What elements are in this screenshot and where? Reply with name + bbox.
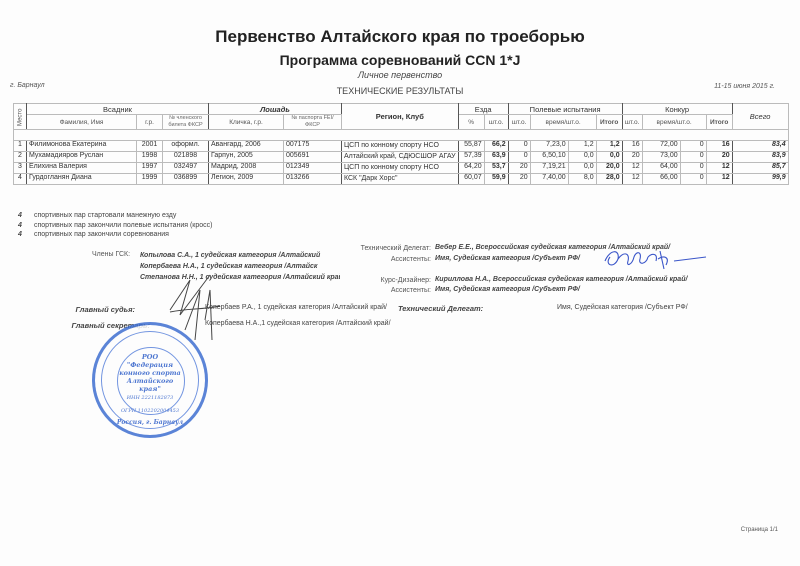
cell-jump-pen: 16	[622, 141, 642, 152]
stat-count: 4	[18, 230, 34, 240]
cell-year: 1999	[137, 174, 163, 185]
stat-item: 4спортивных пар закончили полевые испыта…	[18, 221, 213, 231]
cell-jump-total: 20	[706, 152, 732, 163]
cell-name: Мухамадияров Руслан	[27, 152, 137, 163]
cell-horse: Мадрид, 2008	[209, 163, 284, 174]
tech-delegate-2: Имя, Судейская категория /Субъект РФ/	[557, 304, 688, 311]
cell-jump-time-pen: 0	[680, 174, 706, 185]
cell-dressage-pct: 64,20	[458, 163, 484, 174]
cell-passport: 013266	[284, 174, 342, 185]
header-horse-name: Кличка, г.р.	[209, 115, 284, 130]
stat-item: 4спортивных пар закончили соревнования	[18, 230, 213, 240]
cell-dressage-pen: 59,9	[484, 174, 508, 185]
assistants-label-2: Ассистенты:	[346, 287, 431, 294]
table-header: Место Всадник Лошадь Регион, Клуб Езда П…	[14, 104, 789, 130]
header-jump-total: Итого	[706, 115, 732, 130]
stamp-ogrn: ОГРН 1102202004453	[95, 407, 205, 415]
cell-jump-time-pen: 0	[680, 141, 706, 152]
stamp-line: РОО	[95, 353, 205, 361]
cell-cross-time-pen: 0,0	[568, 152, 596, 163]
table-body: 1Филимонова Екатерина2001оформл.Авангард…	[14, 130, 789, 185]
cell-year: 1998	[137, 152, 163, 163]
cell-place: 1	[14, 141, 27, 152]
cell-cross-total: 28,0	[596, 174, 622, 185]
cell-cross-pen: 20	[508, 163, 530, 174]
cell-jump-time: 73,00	[642, 152, 680, 163]
cell-jump-pen: 20	[622, 152, 642, 163]
chief-judge-signature	[150, 270, 270, 350]
cell-total: 83,4	[732, 141, 788, 152]
cell-cross-time-pen: 1,2	[568, 141, 596, 152]
cell-dressage-pct: 60,07	[458, 174, 484, 185]
table-row: 3Елихина Валерия1997032497Мадрид, 200801…	[14, 163, 789, 174]
gsk-label: Члены ГСК:	[92, 251, 130, 258]
cell-year: 1997	[137, 163, 163, 174]
cell-cross-time: 7,23,0	[530, 141, 568, 152]
cell-jump-total: 12	[706, 163, 732, 174]
cell-region: КСК "Дарк Хорс"	[342, 174, 459, 185]
assistants-2: Имя, Судейская категория /Субъект РФ/	[435, 286, 580, 293]
header-dressage: Езда	[458, 104, 508, 115]
cell-cross-pen: 0	[508, 141, 530, 152]
cell-name: Елихина Валерия	[27, 163, 137, 174]
cell-horse: Авангард, 2006	[209, 141, 284, 152]
cell-dressage-pct: 55,87	[458, 141, 484, 152]
cell-cross-total: 20,0	[596, 163, 622, 174]
assistants-label: Ассистенты:	[346, 256, 431, 263]
stat-count: 4	[18, 221, 34, 231]
header-region: Регион, Клуб	[342, 104, 459, 130]
stamp-line: края"	[95, 385, 205, 393]
cell-cross-pen: 0	[508, 152, 530, 163]
cell-jump-time-pen: 0	[680, 152, 706, 163]
program-title: Программа соревнований CCN 1*J	[0, 52, 800, 68]
cell-cross-time-pen: 8,0	[568, 174, 596, 185]
cell-place: 3	[14, 163, 27, 174]
cell-cross-time: 6,50,10	[530, 152, 568, 163]
cell-jump-total: 16	[706, 141, 732, 152]
header-cross-pen: шт.о.	[508, 115, 530, 130]
cell-card: 036899	[163, 174, 209, 185]
stat-text: спортивных пар стартовали манежную езду	[34, 212, 176, 219]
cell-region: ЦСП по конному спорту НСО	[342, 141, 459, 152]
stamp-inn: ИНН 2221182873	[95, 394, 205, 402]
cell-cross-time-pen: 0,0	[568, 163, 596, 174]
stamp-bottom: Россия, г. Барнаул	[95, 419, 205, 427]
cell-dressage-pct: 57,39	[458, 152, 484, 163]
stat-text: спортивных пар закончили полевые испытан…	[34, 222, 213, 229]
competition-type: Личное первенство	[0, 70, 800, 80]
cell-total: 99,9	[732, 174, 788, 185]
results-table: Место Всадник Лошадь Регион, Клуб Езда П…	[13, 103, 789, 185]
cell-card: 021898	[163, 152, 209, 163]
cell-passport: 005691	[284, 152, 342, 163]
tech-delegate-label: Технический Делегат:	[346, 245, 431, 252]
stat-item: 4спортивных пар стартовали манежную езду	[18, 211, 213, 221]
cell-year: 2001	[137, 141, 163, 152]
cell-region: Алтайский край, СДЮСШОР АГАУ	[342, 152, 459, 163]
header-jump-pen: шт.о.	[622, 115, 642, 130]
cell-passport: 007175	[284, 141, 342, 152]
cell-total: 85,7	[732, 163, 788, 174]
table-row: 2Мухамадияров Руслан1998021898Гарпун, 20…	[14, 152, 789, 163]
stamp-line: "Федерация	[95, 361, 205, 369]
header-rider-year: г.р.	[137, 115, 163, 130]
header-cross: Полевые испытания	[508, 104, 622, 115]
cell-card: 032497	[163, 163, 209, 174]
cell-cross-pen: 20	[508, 174, 530, 185]
page-number: Страница 1/1	[741, 527, 778, 533]
cell-horse: Гарпун, 2005	[209, 152, 284, 163]
header-dressage-pen: шт.о.	[484, 115, 508, 130]
tech-delegate-signature	[600, 243, 710, 275]
cell-jump-total: 12	[706, 174, 732, 185]
course-designer: Кириллова Н.А., Всероссийская судейская …	[435, 276, 687, 283]
header-rider-name: Фамилия, Имя	[27, 115, 137, 130]
cell-region: ЦСП по конному спорту НСО	[342, 163, 459, 174]
stat-count: 4	[18, 211, 34, 221]
header-horse-passport: № паспорта FEI/ФКСР	[284, 115, 342, 130]
cell-place: 4	[14, 174, 27, 185]
header-horse: Лошадь	[209, 104, 342, 115]
table-row: 1Филимонова Екатерина2001оформл.Авангард…	[14, 141, 789, 152]
stamp-line: конного спорта	[95, 369, 205, 377]
cell-dressage-pen: 63,9	[484, 152, 508, 163]
cell-cross-total: 1,2	[596, 141, 622, 152]
document-title: Первенство Алтайского края по троеборью	[0, 27, 800, 47]
header-rider-card: № членского билета ФКСР	[163, 115, 209, 130]
gsk-member: Копылова С.А., 1 судейская категория /Ал…	[140, 250, 340, 261]
assistants: Имя, Судейская категория /Субъект РФ/	[435, 255, 580, 262]
stat-text: спортивных пар закончили соревнования	[34, 231, 169, 238]
chief-judge-label: Главный судья:	[40, 305, 135, 314]
cell-name: Гурдогланян Диана	[27, 174, 137, 185]
cell-name: Филимонова Екатерина	[27, 141, 137, 152]
header-jump: Конкур	[622, 104, 732, 115]
cell-jump-pen: 12	[622, 174, 642, 185]
course-designer-label: Курс-Дизайнер:	[346, 277, 431, 284]
cell-jump-time: 66,00	[642, 174, 680, 185]
cell-cross-time: 7,40,00	[530, 174, 568, 185]
section-title: ТЕХНИЧЕСКИЕ РЕЗУЛЬТАТЫ	[0, 86, 800, 96]
header-rider: Всадник	[27, 104, 209, 115]
header-dressage-pct: %	[458, 115, 484, 130]
cell-passport: 012349	[284, 163, 342, 174]
cell-card: оформл.	[163, 141, 209, 152]
header-total: Всего	[732, 104, 788, 130]
header-jump-time: время/шт.о.	[642, 115, 706, 130]
cell-cross-total: 0,0	[596, 152, 622, 163]
stamp-line: Алтайского	[95, 377, 205, 385]
cell-horse: Легион, 2009	[209, 174, 284, 185]
cell-jump-time: 72,00	[642, 141, 680, 152]
header-place: Место	[14, 104, 27, 130]
cell-jump-pen: 12	[622, 163, 642, 174]
cell-total: 83,9	[732, 152, 788, 163]
header-cross-time: время/шт.о.	[530, 115, 596, 130]
cell-dressage-pen: 66,2	[484, 141, 508, 152]
tech-delegate-label-2: Технический Делегат:	[398, 304, 483, 313]
stats-list: 4спортивных пар стартовали манежную езду…	[18, 211, 213, 240]
header-cross-total: Итого	[596, 115, 622, 130]
dates: 11-15 июня 2015 г.	[714, 83, 775, 90]
table-row: 4Гурдогланян Диана1999036899Легион, 2009…	[14, 174, 789, 185]
cell-cross-time: 7,19,21	[530, 163, 568, 174]
cell-jump-time: 64,00	[642, 163, 680, 174]
cell-place: 2	[14, 152, 27, 163]
cell-dressage-pen: 53,7	[484, 163, 508, 174]
cell-jump-time-pen: 0	[680, 163, 706, 174]
